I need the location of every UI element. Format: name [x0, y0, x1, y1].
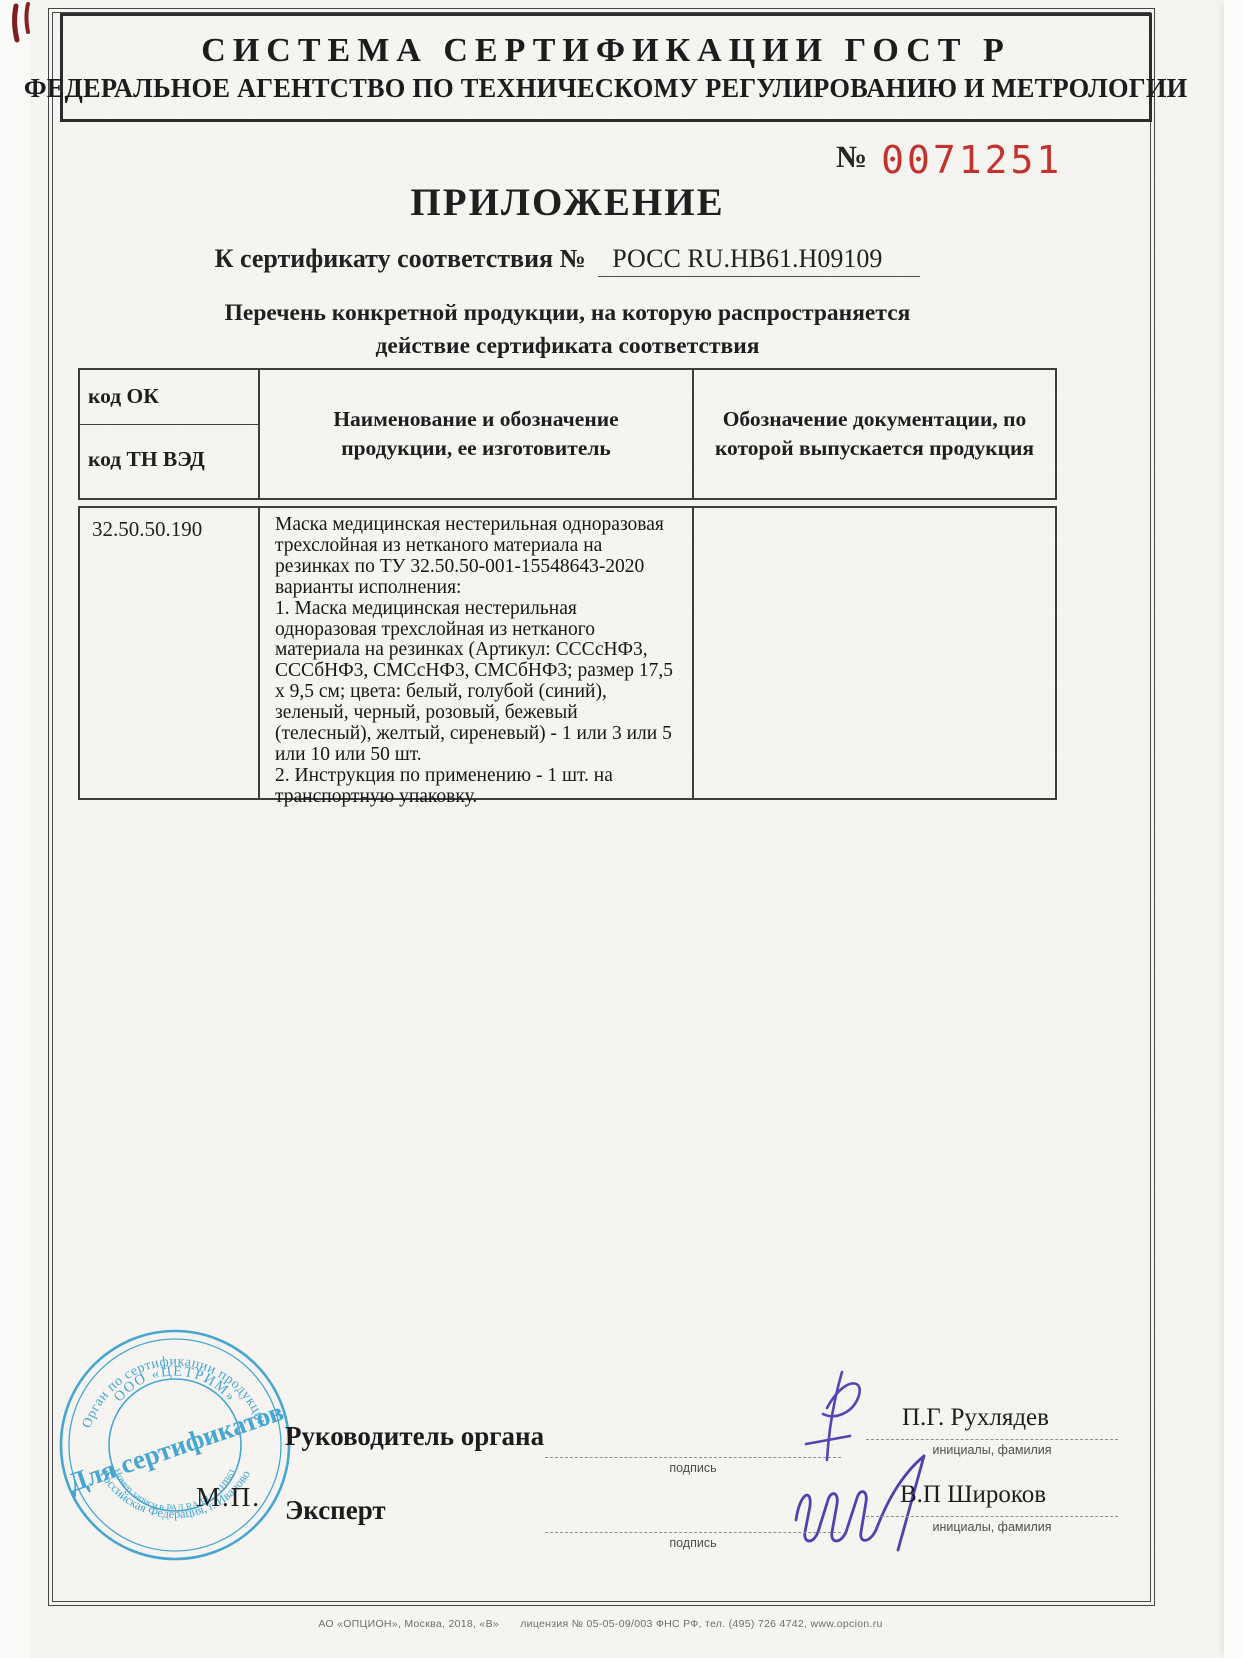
- documentation-cell: [694, 508, 1055, 798]
- appendix-title: ПРИЛОЖЕНИЕ: [78, 180, 1057, 225]
- footer-imprint-left: АО «ОПЦИОН», Москва, 2018, «В»: [318, 1618, 499, 1630]
- expert-name-caption: инициалы, фамилия: [866, 1520, 1118, 1534]
- product-code-cell: 32.50.50.190: [80, 508, 260, 798]
- scan-edge-right: [1224, 0, 1242, 1658]
- scan-artifact-mark: [6, 2, 40, 50]
- head-of-body-label: Руководитель органа: [285, 1421, 544, 1452]
- expert-signature-caption: подпись: [545, 1536, 841, 1550]
- head-name: П.Г. Рухлядев: [902, 1404, 1049, 1432]
- product-list-subtitle: Перечень конкретной продукции, на котору…: [78, 297, 1057, 363]
- subtitle-line-2: действие сертификата соответствия: [78, 330, 1057, 363]
- scanned-certificate-page: СИСТЕМА СЕРТИФИКАЦИИ ГОСТ Р ФЕДЕРАЛЬНОЕ …: [0, 0, 1242, 1658]
- ok-code-header: код ОК: [80, 370, 258, 425]
- expert-signature-line: [545, 1532, 841, 1533]
- tnved-code-header: код ТН ВЭД: [80, 425, 258, 472]
- certificate-ref-value: РОСС RU.НВ61.Н09109: [598, 244, 920, 277]
- system-title: СИСТЕМА СЕРТИФИКАЦИИ ГОСТ Р: [201, 32, 1010, 70]
- subtitle-line-1: Перечень конкретной продукции, на котору…: [78, 297, 1057, 330]
- products-table-header: код ОК код ТН ВЭД Наименование и обознач…: [78, 368, 1057, 500]
- form-number: №0071251: [836, 138, 1062, 182]
- agency-title: ФЕДЕРАЛЬНОЕ АГЕНТСТВО ПО ТЕХНИЧЕСКОМУ РЕ…: [24, 73, 1188, 104]
- certificate-ref-label: К сертификату соответствия №: [215, 244, 586, 273]
- products-table-body: 32.50.50.190 Маска медицинская нестериль…: [78, 506, 1057, 800]
- scan-edge-left: [0, 0, 30, 1658]
- codes-header-cell: код ОК код ТН ВЭД: [80, 370, 260, 498]
- number-sign: №: [836, 139, 867, 174]
- product-name-header-cell: Наименование и обозначение продукции, ее…: [260, 370, 694, 498]
- certificate-ref: К сертификату соответствия № РОСС RU.НВ6…: [78, 244, 1057, 277]
- footer-imprint-right: лицензия № 05-05-09/003 ФНС РФ, тел. (49…: [520, 1618, 882, 1630]
- footer-imprint: АО «ОПЦИОН», Москва, 2018, «В» лицензия …: [48, 1618, 1153, 1630]
- mp-label: М.П.: [196, 1482, 261, 1513]
- certification-stamp: Орган по сертификации продукции ООО «ЦЕТ…: [50, 1316, 300, 1574]
- documentation-header-cell: Обозначение документации, по которой вып…: [694, 370, 1055, 498]
- number-value: 0071251: [881, 138, 1062, 182]
- expert-name-line: [866, 1516, 1118, 1517]
- head-name-line: [866, 1439, 1118, 1440]
- header-box: СИСТЕМА СЕРТИФИКАЦИИ ГОСТ Р ФЕДЕРАЛЬНОЕ …: [60, 13, 1152, 122]
- expert-label: Эксперт: [285, 1495, 386, 1526]
- expert-name: В.П Широков: [900, 1481, 1046, 1509]
- documentation-header: Обозначение документации, по которой вып…: [699, 405, 1051, 463]
- product-description-cell: Маска медицинская нестерильная одноразов…: [260, 508, 694, 798]
- product-name-header: Наименование и обозначение продукции, ее…: [311, 405, 641, 463]
